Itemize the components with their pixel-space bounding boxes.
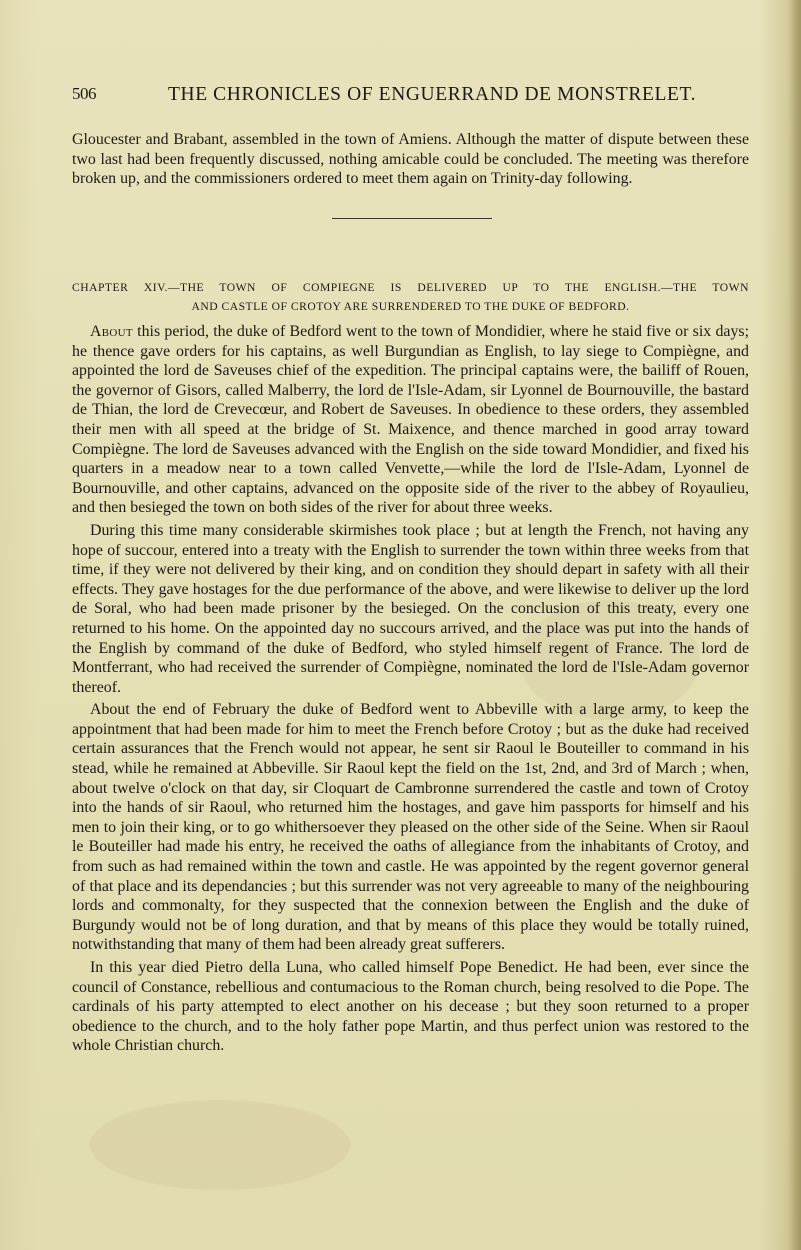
paragraph-text: this period, the duke of Bedford went to… (72, 323, 749, 516)
book-page: 506 THE CHRONICLES OF ENGUERRAND DE MONS… (0, 0, 801, 1250)
paragraph: In this year died Pietro della Luna, who… (72, 958, 749, 1056)
paper-stain (90, 1100, 350, 1190)
paragraph-text: Gloucester and Brabant, assembled in the… (72, 130, 749, 189)
chapter-heading-line-1: CHAPTER XIV.—THE TOWN OF COMPIEGNE IS DE… (72, 278, 749, 297)
paragraph: About this period, the duke of Bedford w… (72, 322, 749, 518)
paragraph-lead-word: About (90, 323, 133, 340)
chapter-body: About this period, the duke of Bedford w… (72, 322, 749, 1059)
paragraph-text: In this year died Pietro della Luna, who… (72, 959, 749, 1054)
paragraph: During this time many considerable skirm… (72, 521, 749, 697)
page-edge-shadow (787, 0, 801, 1250)
paragraph-text: During this time many considerable skirm… (72, 522, 749, 696)
chapter-heading: CHAPTER XIV.—THE TOWN OF COMPIEGNE IS DE… (72, 278, 749, 316)
paragraph-text: About the end of February the duke of Be… (72, 701, 749, 953)
running-head: 506 THE CHRONICLES OF ENGUERRAND DE MONS… (72, 84, 752, 108)
section-divider (332, 218, 492, 220)
chapter-heading-line-2: AND CASTLE OF CROTOY ARE SURRENDERED TO … (72, 297, 749, 316)
page-number: 506 (72, 84, 96, 104)
paragraph: About the end of February the duke of Be… (72, 700, 749, 955)
running-title: THE CHRONICLES OF ENGUERRAND DE MONSTREL… (168, 84, 696, 106)
opening-paragraph: Gloucester and Brabant, assembled in the… (72, 130, 749, 189)
